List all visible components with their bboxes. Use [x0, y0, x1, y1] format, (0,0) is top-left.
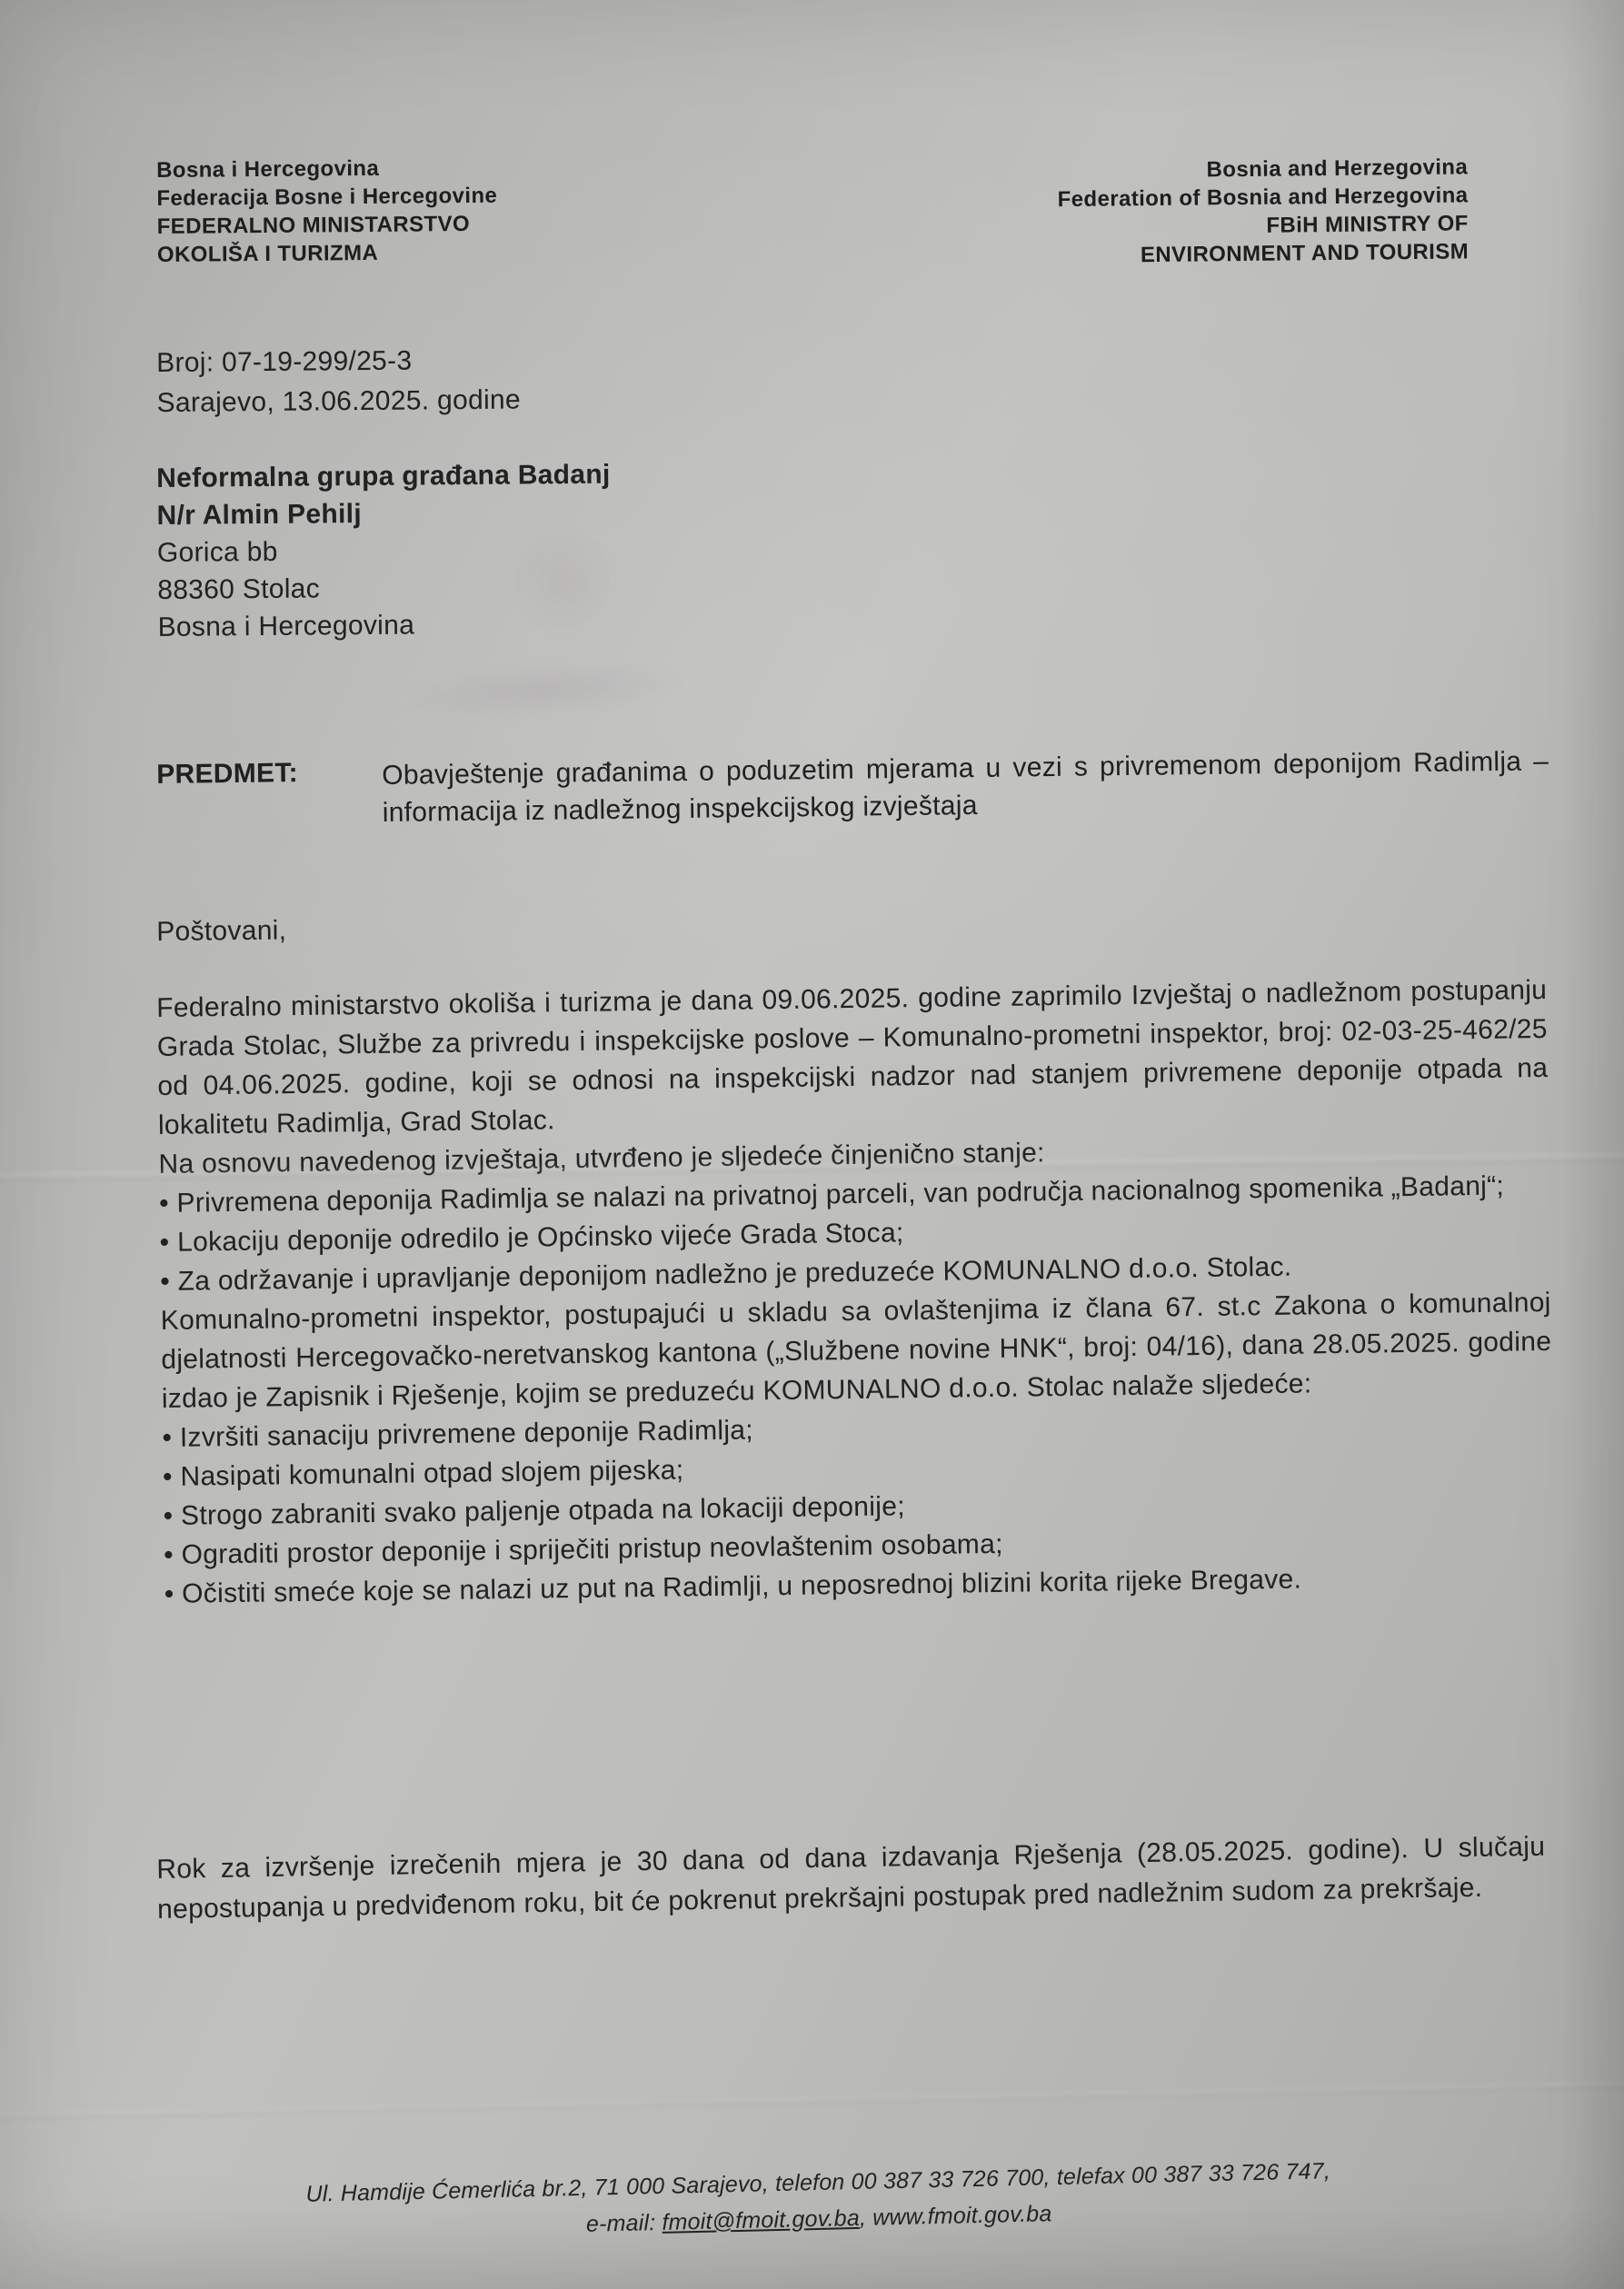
scanned-letter-page: Bosna i Hercegovina Federacija Bosne i H…: [0, 0, 1624, 2289]
pencil-smudge: [389, 653, 692, 729]
recipient-group: Neformalna grupa građana Badanj: [156, 456, 611, 497]
letterhead-line: FEDERALNO MINISTARSTVO: [157, 210, 498, 241]
body-paragraph: Komunalno-prometni inspektor, postupajuć…: [161, 1283, 1553, 1418]
paper-stain: [509, 527, 618, 636]
letterhead-line: Federacija Bosne i Hercegovine: [156, 182, 497, 213]
deadline-paragraph: Rok za izvršenje izrečenih mjera je 30 d…: [156, 1827, 1546, 1930]
salutation: Poštovani,: [156, 911, 287, 951]
paper-edge-shadow: [1560, 0, 1624, 2289]
paper-edge-shadow: [0, 2207, 1624, 2289]
recipient-person: N/r Almin Pehilj: [156, 493, 611, 534]
reference-block: Broj: 07-19-299/25-3 Sarajevo, 13.06.202…: [156, 341, 521, 423]
letter-body: Federalno ministarstvo okoliša i turizma…: [156, 970, 1555, 1614]
subject-label: PREDMET:: [156, 758, 298, 791]
letterhead-bosnian: Bosna i Hercegovina Federacija Bosne i H…: [156, 154, 498, 269]
paper-crease: [0, 2081, 1624, 2120]
reference-date: Sarajevo, 13.06.2025. godine: [156, 381, 521, 423]
subject-block: PREDMET: Obavještenje građanima o poduze…: [156, 742, 1549, 834]
subject-text: Obavještenje građanima o poduzetim mjera…: [382, 742, 1549, 831]
letterhead-line: Bosna i Hercegovina: [156, 154, 497, 184]
letterhead-english: Bosnia and Herzegovina Federation of Bos…: [636, 153, 1469, 274]
reference-number: Broj: 07-19-299/25-3: [156, 341, 521, 383]
letterhead-line: OKOLIŠA I TURIZMA: [157, 238, 498, 269]
body-paragraph: Federalno ministarstvo okoliša i turizma…: [156, 970, 1549, 1145]
